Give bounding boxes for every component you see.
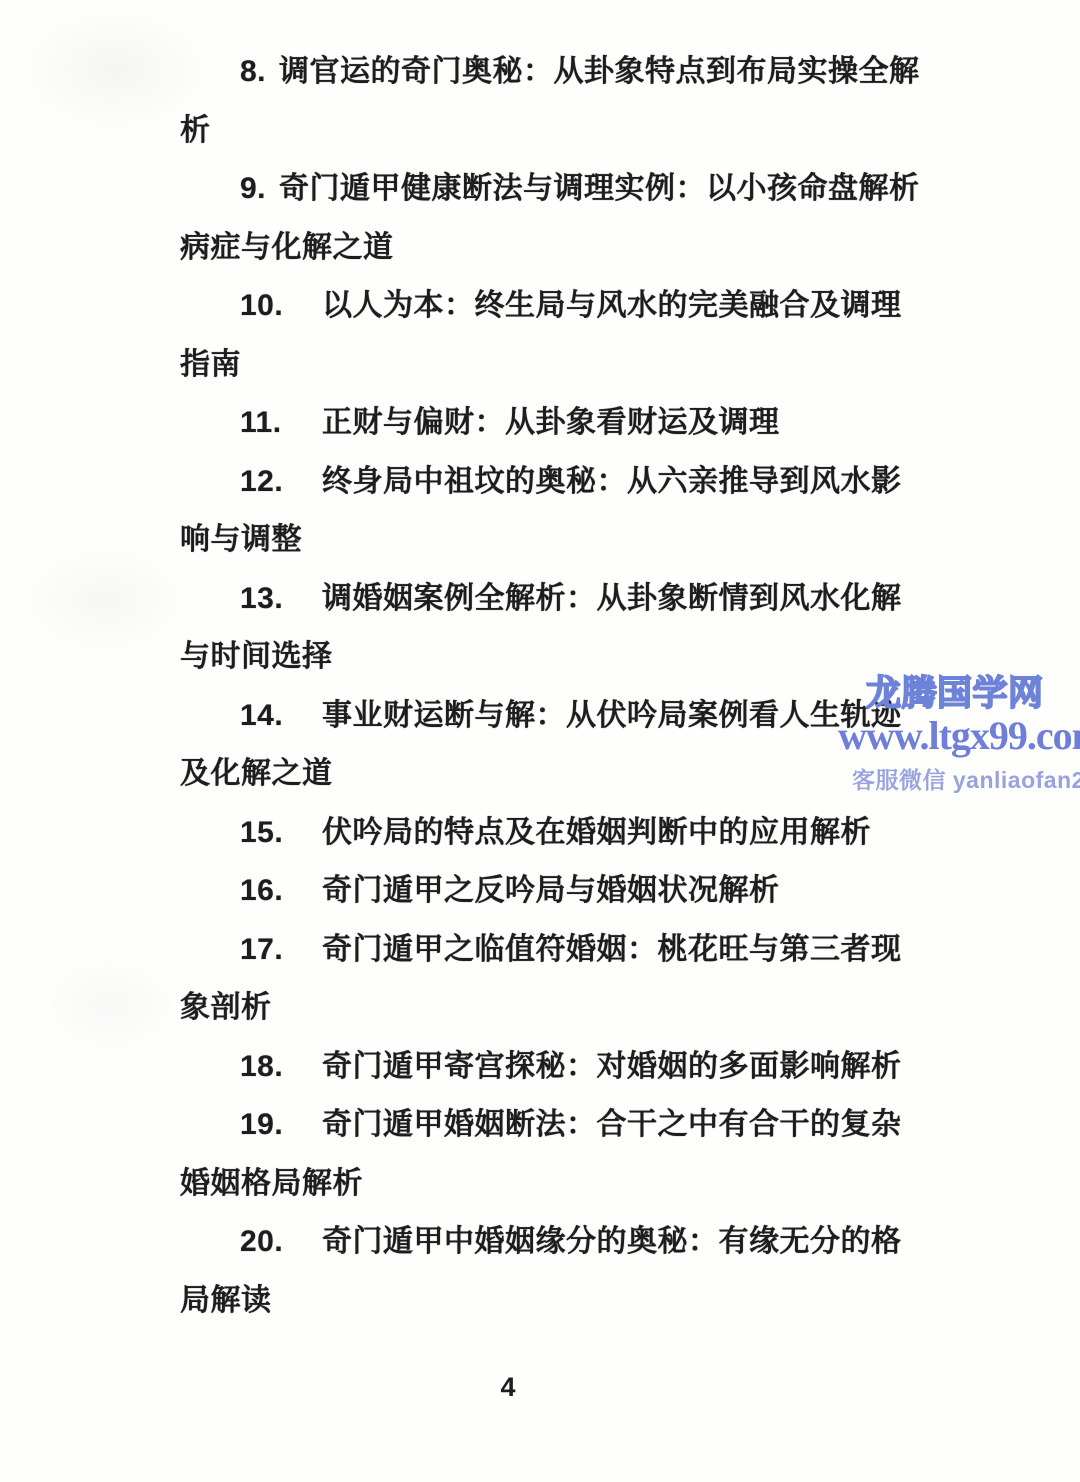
toc-item-text: 正财与偏财：从卦象看财运及调理 [322, 406, 780, 439]
toc-item: 10.以人为本：终生局与风水的完美融合及调理指南 [180, 277, 920, 394]
toc-item-number: 15. [240, 804, 322, 863]
toc-item: 12.终身局中祖坟的奥秘：从六亲推导到风水影响与调整 [180, 453, 920, 570]
toc-item-number: 14. [240, 687, 322, 746]
watermark-site-name: 龙腾国学网 [866, 666, 1044, 716]
toc-item-number: 11. [240, 394, 322, 453]
toc-item: 13.调婚姻案例全解析：从卦象断情到风水化解与时间选择 [180, 570, 920, 687]
watermark-contact: 客服微信 yanliaofan225 [852, 762, 1080, 795]
toc-item-number: 9. [240, 160, 279, 219]
toc-item: 19.奇门遁甲婚姻断法：合干之中有合干的复杂婚姻格局解析 [180, 1096, 920, 1213]
toc-item: 18.奇门遁甲寄宫探秘：对婚姻的多面影响解析 [180, 1038, 920, 1097]
toc-item-number: 10. [240, 277, 322, 336]
toc-item: 11.正财与偏财：从卦象看财运及调理 [180, 394, 920, 453]
toc-item-text: 奇门遁甲寄宫探秘：对婚姻的多面影响解析 [322, 1050, 902, 1083]
toc-item: 15.伏吟局的特点及在婚姻判断中的应用解析 [180, 804, 920, 863]
toc-item: 17.奇门遁甲之临值符婚姻：桃花旺与第三者现象剖析 [180, 921, 920, 1038]
toc-item-text: 伏吟局的特点及在婚姻判断中的应用解析 [322, 816, 871, 849]
toc-list: 8.调官运的奇门奥秘：从卦象特点到布局实操全解析9.奇门遁甲健康断法与调理实例：… [180, 43, 920, 1330]
toc-item: 14.事业财运断与解：从伏吟局案例看人生轨迹及化解之道 [180, 687, 920, 804]
toc-item-number: 17. [240, 921, 322, 980]
toc-item: 9.奇门遁甲健康断法与调理实例：以小孩命盘解析病症与化解之道 [180, 160, 920, 277]
toc-item-text: 奇门遁甲之反吟局与婚姻状况解析 [322, 874, 780, 907]
toc-item-number: 20. [240, 1213, 322, 1272]
toc-item-number: 13. [240, 570, 322, 629]
toc-item: 20.奇门遁甲中婚姻缘分的奥秘：有缘无分的格局解读 [180, 1213, 920, 1330]
toc-item-number: 18. [240, 1038, 322, 1097]
page-number: 4 [0, 1372, 1016, 1403]
toc-item-number: 12. [240, 453, 322, 512]
toc-item-text: 调官运的奇门奥秘：从卦象特点到布局实操全解析 [180, 55, 920, 147]
toc-item-number: 16. [240, 862, 322, 921]
watermark-site-url: www.ltgx99.com [838, 712, 1080, 759]
toc-item-number: 8. [240, 43, 279, 102]
toc-item: 16.奇门遁甲之反吟局与婚姻状况解析 [180, 862, 920, 921]
toc-item-number: 19. [240, 1096, 322, 1155]
toc-item: 8.调官运的奇门奥秘：从卦象特点到布局实操全解析 [180, 43, 920, 160]
toc-item-text: 奇门遁甲健康断法与调理实例：以小孩命盘解析病症与化解之道 [180, 172, 920, 264]
